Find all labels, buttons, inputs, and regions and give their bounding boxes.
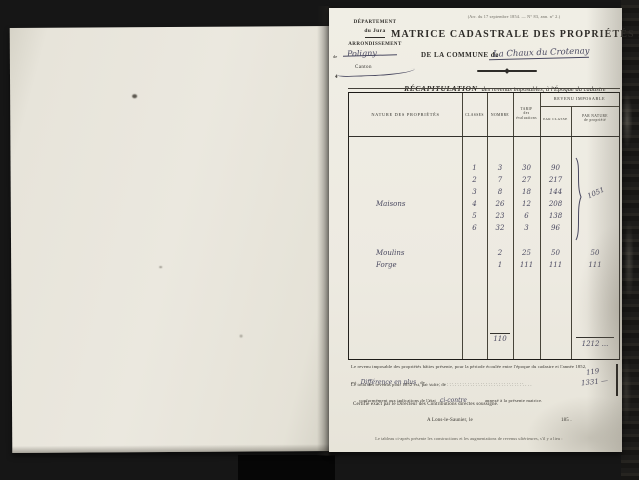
col-header-revenu-group: REVENU IMPOSABLE bbox=[540, 96, 619, 101]
total-rule bbox=[490, 333, 510, 334]
footer-value-total: 1331 — bbox=[581, 377, 609, 388]
departement-label: DÉPARTEMENT bbox=[335, 20, 415, 25]
document-title: MATRICE CADASTRALE DES PROPRIÉTÉS BATIES bbox=[391, 29, 619, 40]
table-row-moulins: Moulins2255050 bbox=[349, 247, 619, 259]
paper-speck bbox=[240, 335, 243, 338]
canton-swash-line bbox=[337, 69, 415, 78]
arrondissement-prefix: de bbox=[333, 54, 337, 59]
revenu-group-underline bbox=[540, 106, 619, 107]
certification-line: Certifié exact par le Directeur des Cont… bbox=[353, 402, 498, 407]
scan-shadow-block bbox=[238, 455, 335, 480]
paper-speck bbox=[159, 266, 162, 268]
footer-value-difference: 119 bbox=[586, 367, 600, 377]
col-header-par-nature: PAR NATURE de propriété bbox=[571, 114, 619, 123]
col-header-tarif: TARIF des évaluations bbox=[513, 107, 540, 120]
total-revenu: 1212 ... bbox=[571, 340, 619, 348]
header-bottom-line bbox=[349, 136, 619, 137]
arrondissement-label: ARRONDISSEMENT bbox=[335, 42, 415, 47]
commune-label: DE LA COMMUNE de bbox=[421, 51, 499, 59]
scanned-book-page: DÉPARTEMENT du Jura ARRONDISSEMENT de Po… bbox=[0, 0, 639, 480]
page-bottom-shadow bbox=[12, 444, 332, 453]
col-header-nombre: NOMBRE bbox=[487, 113, 513, 118]
divider-rule bbox=[365, 37, 385, 38]
matrice-cadastrale-page: DÉPARTEMENT du Jura ARRONDISSEMENT de Po… bbox=[329, 8, 622, 452]
ornament-divider-icon bbox=[477, 68, 537, 74]
values-bracket-line bbox=[616, 364, 618, 396]
brace-icon bbox=[573, 157, 585, 241]
recap-table: NATURE DES PROPRIÉTÉS CLASSES NOMBRE TAR… bbox=[348, 92, 620, 360]
book-edge-texture bbox=[621, 0, 639, 480]
year-placeholder: 185 . bbox=[561, 418, 572, 423]
bottom-note: Le tableau ci-après présente les constru… bbox=[339, 436, 599, 441]
table-top-rule bbox=[348, 88, 620, 89]
page-number: 4 bbox=[335, 75, 338, 80]
footer-paragraph1-line1: Le revenu imposable des propriétés bâtie… bbox=[351, 364, 586, 369]
total-nombre: 110 bbox=[487, 335, 513, 343]
table-row-forge: Forge1111111111 bbox=[349, 259, 619, 271]
col-header-par-classe: PAR CLASSE bbox=[540, 117, 571, 121]
col-header-classes: CLASSES bbox=[462, 113, 487, 118]
paper-speck bbox=[132, 94, 137, 98]
place-date-line: A Lons-le-Saunier, le bbox=[427, 418, 473, 423]
left-blank-page bbox=[10, 26, 333, 453]
col-header-nature: NATURE DES PROPRIÉTÉS bbox=[349, 112, 462, 118]
footer-paragraph2-line1: Le total des revenus pour 1852 est, par … bbox=[351, 382, 532, 387]
law-reference-note: (Arr. du 17 septembre 1854. — N° 83, ann… bbox=[434, 14, 594, 19]
total-rule bbox=[576, 337, 614, 338]
arrondissement-handwritten-value: Poligny bbox=[347, 48, 377, 58]
